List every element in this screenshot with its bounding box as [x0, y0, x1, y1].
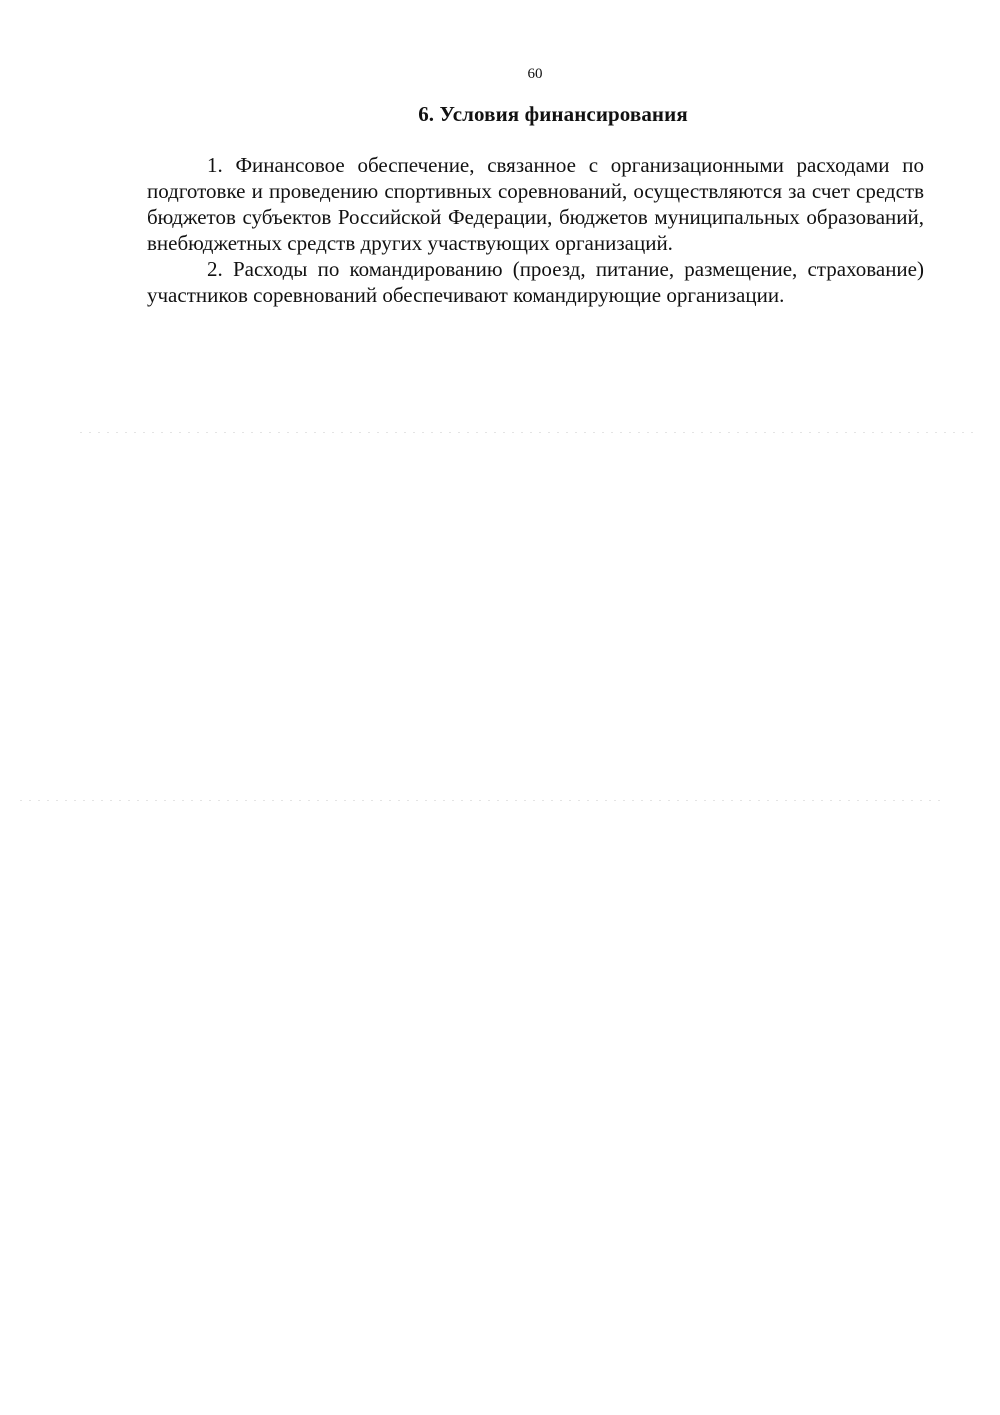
page-number: 60 — [0, 66, 1000, 83]
section-title: 6. Условия финансирования — [0, 102, 1000, 127]
section-body: 1. Финансовое обеспечение, связанное с о… — [147, 152, 924, 308]
paragraph-1: 1. Финансовое обеспечение, связанное с о… — [147, 152, 924, 256]
scan-noise — [80, 432, 980, 433]
scan-noise — [20, 800, 940, 801]
paragraph-2: 2. Расходы по командированию (проезд, пи… — [147, 256, 924, 308]
